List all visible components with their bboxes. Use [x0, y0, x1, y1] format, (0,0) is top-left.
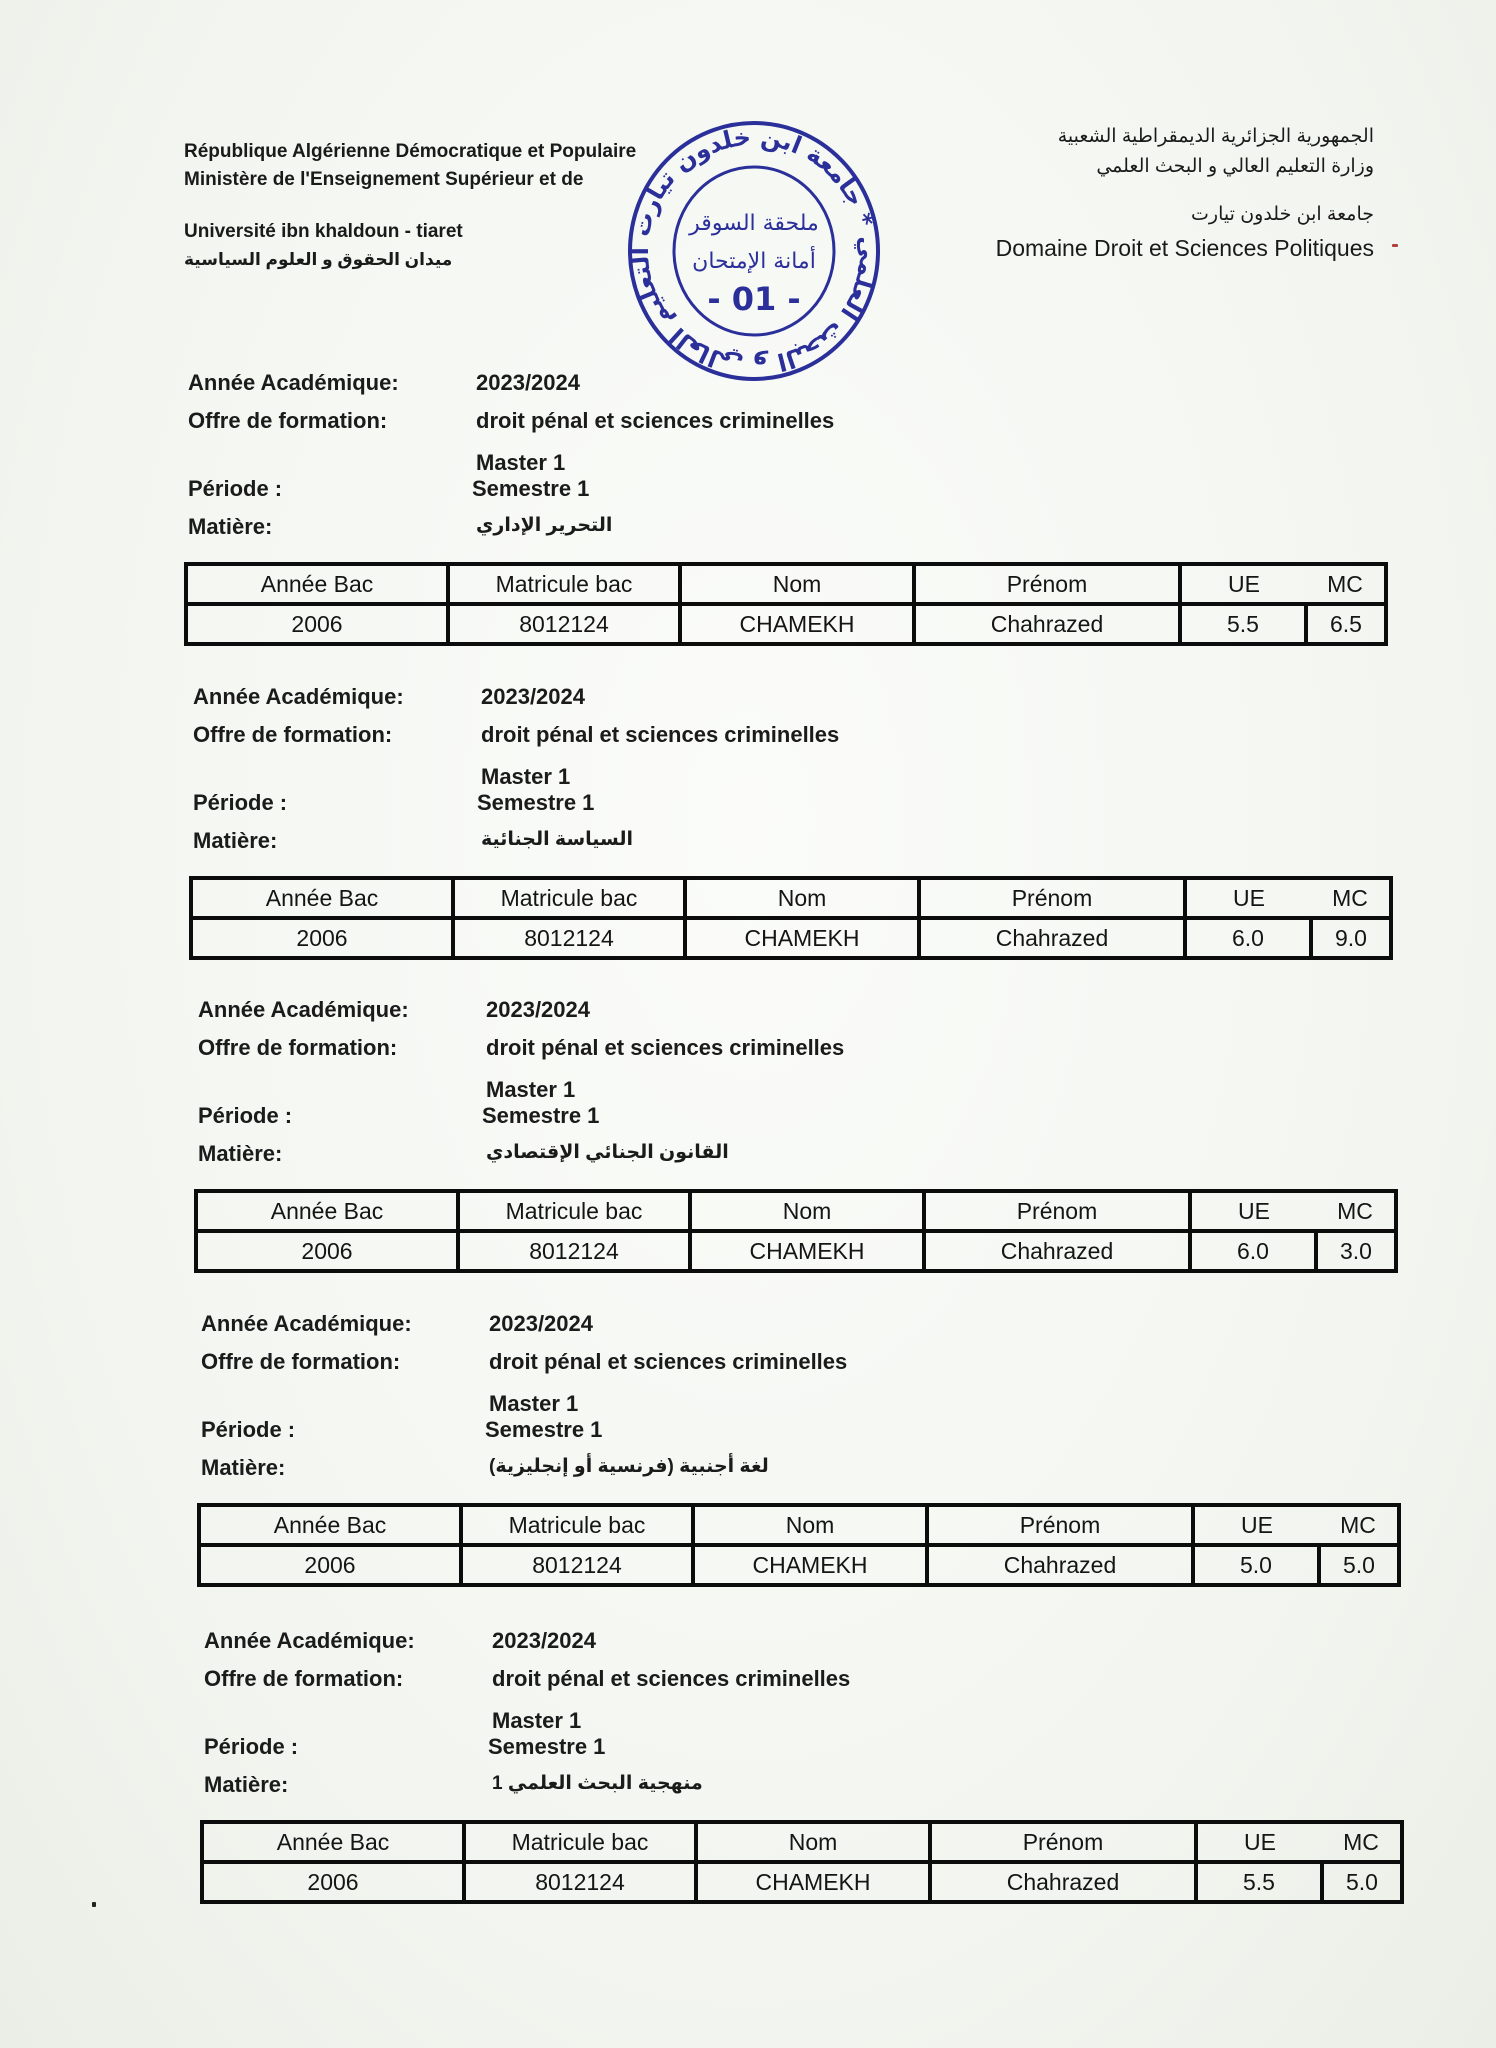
cell-ue: 6.0: [1190, 1231, 1316, 1271]
cell-matricule: 8012124: [458, 1231, 690, 1271]
offre-value: droit pénal et sciences criminelles: [492, 1666, 850, 1692]
table-row: 2006 8012124 CHAMEKH Chahrazed 5.5 6.5: [186, 604, 1386, 644]
offre-value: droit pénal et sciences criminelles: [489, 1349, 847, 1375]
republic-name-ar: الجمهورية الجزائرية الديمقراطية الشعبية: [996, 122, 1374, 152]
cell-matricule: 8012124: [448, 604, 680, 644]
cell-ue: 5.5: [1196, 1862, 1322, 1902]
official-stamp: وزارة التعليم العالي و البحث العلمي * جا…: [626, 118, 882, 384]
header-annee-bac: Année Bac: [191, 878, 453, 918]
header-nom: Nom: [693, 1505, 927, 1545]
header-matricule: Matricule bac: [458, 1191, 690, 1231]
table-header-row: Année Bac Matricule bac Nom Prénom UE MC: [186, 564, 1386, 604]
periode-value: Semestre 1: [485, 1417, 602, 1443]
header-matricule: Matricule bac: [448, 564, 680, 604]
header-nom: Nom: [696, 1822, 930, 1862]
annee-label: Année Académique:: [188, 370, 399, 396]
cell-matricule: 8012124: [461, 1545, 693, 1585]
cell-mc: 6.5: [1306, 604, 1386, 644]
header-nom: Nom: [680, 564, 914, 604]
domain-name-ar: ميدان الحقوق و العلوم السياسية: [184, 246, 636, 274]
matiere-value: لغة أجنبية (فرنسية أو إنجليزية): [489, 1455, 769, 1478]
header-right: الجمهورية الجزائرية الديمقراطية الشعبية …: [996, 122, 1374, 264]
matiere-value: القانون الجنائي الإقتصادي: [486, 1141, 729, 1164]
cell-prenom: Chahrazed: [914, 604, 1180, 644]
periode-value: Semestre 1: [482, 1103, 599, 1129]
periode-label: Période :: [193, 790, 287, 816]
annee-label: Année Académique:: [193, 684, 404, 710]
offre-label: Offre de formation:: [193, 722, 392, 748]
university-name-fr: Université ibn khaldoun - tiaret: [184, 218, 636, 246]
periode-label: Période :: [204, 1734, 298, 1760]
header-matricule: Matricule bac: [461, 1505, 693, 1545]
niveau-value: Master 1: [476, 450, 565, 476]
cell-mc: 5.0: [1319, 1545, 1399, 1585]
grade-record: Année Académique:2023/2024 Offre de form…: [198, 997, 1398, 1273]
grade-record: Année Académique:2023/2024 Offre de form…: [193, 684, 1393, 960]
cell-annee-bac: 2006: [191, 918, 453, 958]
cell-annee-bac: 2006: [196, 1231, 458, 1271]
scan-speck: [92, 1902, 96, 1907]
header-left: République Algérienne Démocratique et Po…: [184, 138, 636, 274]
header-matricule: Matricule bac: [453, 878, 685, 918]
annee-value: 2023/2024: [492, 1628, 596, 1654]
offre-value: droit pénal et sciences criminelles: [476, 408, 834, 434]
matiere-label: Matière:: [204, 1772, 288, 1798]
cell-prenom: Chahrazed: [927, 1545, 1193, 1585]
republic-name-fr: République Algérienne Démocratique et Po…: [184, 138, 636, 166]
table-row: 2006 8012124 CHAMEKH Chahrazed 5.0 5.0: [199, 1545, 1399, 1585]
stamp-inner-line2: أمانة الإمتحان: [692, 246, 816, 274]
niveau-value: Master 1: [492, 1708, 581, 1734]
periode-value: Semestre 1: [488, 1734, 605, 1760]
offre-value: droit pénal et sciences criminelles: [486, 1035, 844, 1061]
table-header-row: Année Bac Matricule bac Nom Prénom UE MC: [196, 1191, 1396, 1231]
header-mc: MC: [1306, 564, 1386, 604]
header-annee-bac: Année Bac: [199, 1505, 461, 1545]
header-matricule: Matricule bac: [464, 1822, 696, 1862]
cell-ue: 5.0: [1193, 1545, 1319, 1585]
header-ue: UE: [1193, 1505, 1319, 1545]
matiere-label: Matière:: [198, 1141, 282, 1167]
matiere-label: Matière:: [188, 514, 272, 540]
stamp-number: - 01 -: [707, 280, 800, 318]
cell-nom: CHAMEKH: [680, 604, 914, 644]
matiere-value: السياسة الجنائية: [481, 828, 633, 851]
niveau-value: Master 1: [481, 764, 570, 790]
cell-annee-bac: 2006: [186, 604, 448, 644]
matiere-label: Matière:: [201, 1455, 285, 1481]
grades-table: Année Bac Matricule bac Nom Prénom UE MC…: [184, 562, 1388, 646]
header-mc: MC: [1316, 1191, 1396, 1231]
header-nom: Nom: [685, 878, 919, 918]
annee-value: 2023/2024: [486, 997, 590, 1023]
document-page: République Algérienne Démocratique et Po…: [0, 0, 1496, 2048]
header-prenom: Prénom: [924, 1191, 1190, 1231]
cell-nom: CHAMEKH: [685, 918, 919, 958]
cell-annee-bac: 2006: [199, 1545, 461, 1585]
header-mc: MC: [1322, 1822, 1402, 1862]
header-prenom: Prénom: [930, 1822, 1196, 1862]
header-ue: UE: [1185, 878, 1311, 918]
annee-label: Année Académique:: [204, 1628, 415, 1654]
periode-label: Période :: [188, 476, 282, 502]
cell-nom: CHAMEKH: [696, 1862, 930, 1902]
grade-record: Année Académique:2023/2024 Offre de form…: [201, 1311, 1401, 1587]
header-prenom: Prénom: [927, 1505, 1193, 1545]
header-annee-bac: Année Bac: [202, 1822, 464, 1862]
table-header-row: Année Bac Matricule bac Nom Prénom UE MC: [199, 1505, 1399, 1545]
grades-table: Année Bac Matricule bac Nom Prénom UE MC…: [200, 1820, 1404, 1904]
cell-prenom: Chahrazed: [924, 1231, 1190, 1271]
header-ue: UE: [1196, 1822, 1322, 1862]
cell-ue: 6.0: [1185, 918, 1311, 958]
annee-label: Année Académique:: [198, 997, 409, 1023]
cell-prenom: Chahrazed: [919, 918, 1185, 958]
cell-nom: CHAMEKH: [690, 1231, 924, 1271]
cell-ue: 5.5: [1180, 604, 1306, 644]
ministry-name-fr: Ministère de l'Enseignement Supérieur et…: [184, 166, 636, 194]
matiere-value: منهجية البحث العلمي 1: [492, 1772, 703, 1795]
header-annee-bac: Année Bac: [196, 1191, 458, 1231]
annee-value: 2023/2024: [489, 1311, 593, 1337]
grades-table: Année Bac Matricule bac Nom Prénom UE MC…: [194, 1189, 1398, 1273]
annee-value: 2023/2024: [476, 370, 580, 396]
cell-annee-bac: 2006: [202, 1862, 464, 1902]
table-header-row: Année Bac Matricule bac Nom Prénom UE MC: [191, 878, 1391, 918]
header-ue: UE: [1190, 1191, 1316, 1231]
offre-value: droit pénal et sciences criminelles: [481, 722, 839, 748]
offre-label: Offre de formation:: [198, 1035, 397, 1061]
scan-speck: [1392, 244, 1398, 247]
cell-mc: 5.0: [1322, 1862, 1402, 1902]
domain-name-fr: Domaine Droit et Sciences Politiques: [996, 232, 1374, 264]
header-mc: MC: [1319, 1505, 1399, 1545]
stamp-inner-line1: ملحقة السوقر: [688, 211, 819, 236]
grade-record: Année Académique:2023/2024 Offre de form…: [204, 1628, 1404, 1904]
university-name-ar: جامعة ابن خلدون تيارت: [996, 200, 1374, 230]
grades-table: Année Bac Matricule bac Nom Prénom UE MC…: [189, 876, 1393, 960]
matiere-label: Matière:: [193, 828, 277, 854]
periode-label: Période :: [198, 1103, 292, 1129]
header-prenom: Prénom: [914, 564, 1180, 604]
cell-matricule: 8012124: [464, 1862, 696, 1902]
niveau-value: Master 1: [489, 1391, 578, 1417]
header-ue: UE: [1180, 564, 1306, 604]
cell-mc: 3.0: [1316, 1231, 1396, 1271]
header-nom: Nom: [690, 1191, 924, 1231]
header-mc: MC: [1311, 878, 1391, 918]
annee-value: 2023/2024: [481, 684, 585, 710]
offre-label: Offre de formation:: [188, 408, 387, 434]
ministry-name-ar: وزارة التعليم العالي و البحث العلمي: [996, 152, 1374, 182]
table-header-row: Année Bac Matricule bac Nom Prénom UE MC: [202, 1822, 1402, 1862]
periode-label: Période :: [201, 1417, 295, 1443]
table-row: 2006 8012124 CHAMEKH Chahrazed 6.0 9.0: [191, 918, 1391, 958]
header-annee-bac: Année Bac: [186, 564, 448, 604]
periode-value: Semestre 1: [472, 476, 589, 502]
table-row: 2006 8012124 CHAMEKH Chahrazed 5.5 5.0: [202, 1862, 1402, 1902]
niveau-value: Master 1: [486, 1077, 575, 1103]
cell-matricule: 8012124: [453, 918, 685, 958]
annee-label: Année Académique:: [201, 1311, 412, 1337]
matiere-value: التحرير الإداري: [476, 514, 612, 537]
offre-label: Offre de formation:: [201, 1349, 400, 1375]
cell-mc: 9.0: [1311, 918, 1391, 958]
table-row: 2006 8012124 CHAMEKH Chahrazed 6.0 3.0: [196, 1231, 1396, 1271]
grade-record: Année Académique:2023/2024 Offre de form…: [188, 370, 1388, 646]
offre-label: Offre de formation:: [204, 1666, 403, 1692]
header-prenom: Prénom: [919, 878, 1185, 918]
cell-nom: CHAMEKH: [693, 1545, 927, 1585]
grades-table: Année Bac Matricule bac Nom Prénom UE MC…: [197, 1503, 1401, 1587]
cell-prenom: Chahrazed: [930, 1862, 1196, 1902]
periode-value: Semestre 1: [477, 790, 594, 816]
